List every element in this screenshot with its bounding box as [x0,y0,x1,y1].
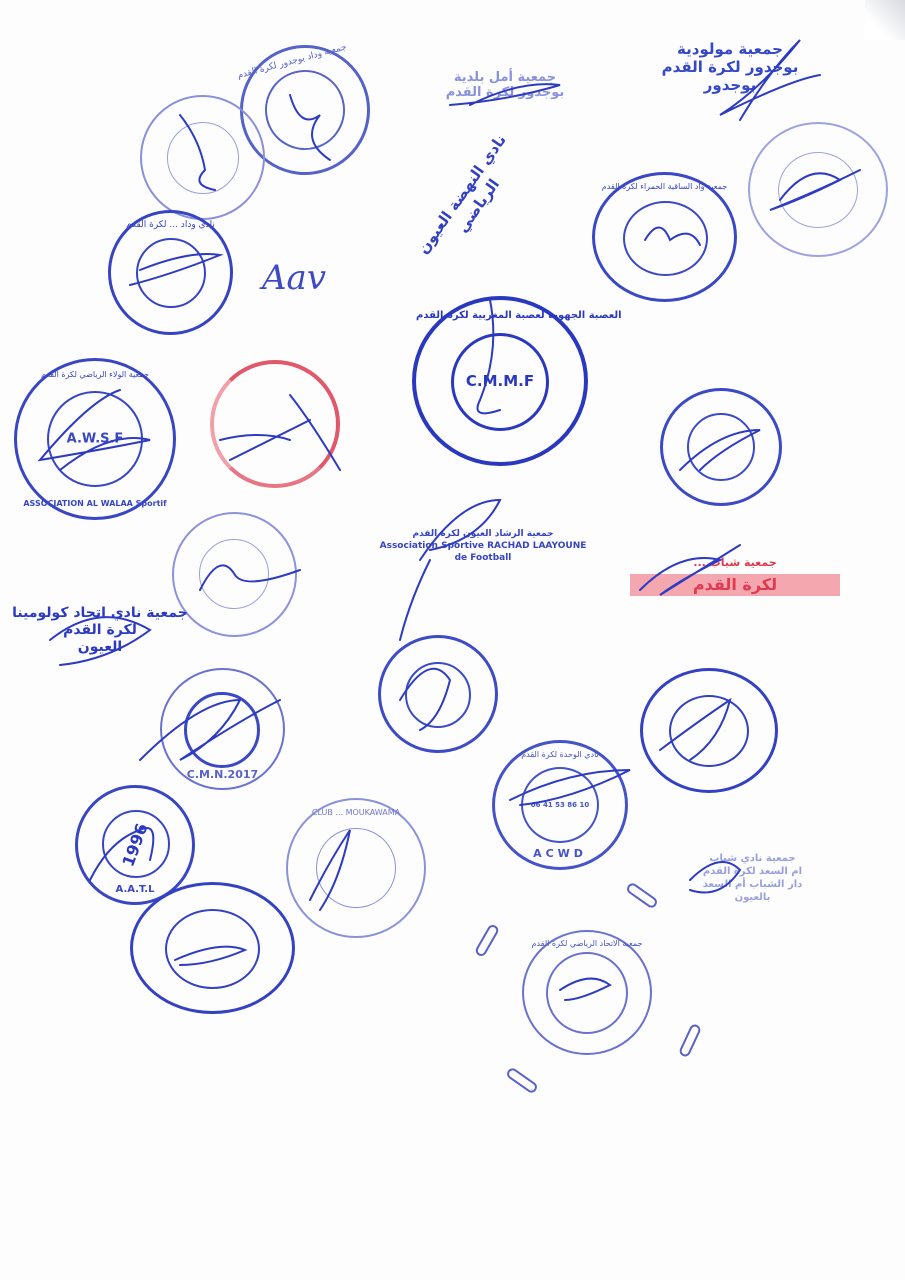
stamp-line: دار الشباب أم السعد [665,878,840,891]
stamp-circle-middle [378,635,498,753]
stamp-circle-bottom-left [130,882,295,1014]
stamp-ring-text: جمعية الولاء الرياضي لكرة القدم [17,370,173,379]
stamp-line: لكرة القدم [0,622,200,639]
text-stamp-mouloudia: جمعية مولودية بوجدور لكرة القدم بوجدور [630,40,830,94]
stamp-line: الرياضي [413,118,544,293]
stamp-ring-text-bottom: ASSOCIATION AL WALAA Sportif [17,499,173,508]
stamp-fragment [678,1023,702,1058]
page-corner-shadow [865,0,905,40]
stamp-fragment [625,881,659,910]
signature-aav: Aav [262,258,326,298]
stamp-ittihad: جمعية الاتحاد الرياضي لكرة القدم [522,930,652,1055]
text-stamp-kolomina: جمعية نادي اتحاد كولومينا لكرة القدم الع… [0,605,200,656]
stamp-ring-text: نادي وداد ... لكرة القدم [111,220,230,230]
stamp-line: بوجدور لكرة القدم [420,85,590,100]
text-stamp-chabab-red: جمعية شباب ... لكرة القدم [630,552,840,596]
stamp-line: بوجدور لكرة القدم [630,58,830,76]
stamp-line: نادي النهضة العيون [396,107,527,282]
stamp-line: de Football [378,552,588,564]
stamp-red-circle [210,360,340,488]
text-stamp-rachad: جمعية الرشاد العيون لكرة القدم Associati… [378,528,588,564]
stamp-awsf: A.W.S.F جمعية الولاء الرياضي لكرة القدم … [14,358,176,520]
stamp-line: بالعيون [665,891,840,904]
stamp-ring-text: جمعية واد الساقية الحمراء لكرة القدم [595,182,734,191]
stamp-club-circle: CLUB ... MOUKAWAMA [286,798,426,938]
stamp-line: العيون [0,639,200,656]
stamp-line: جمعية شباب ... [630,552,840,574]
stamp-line: جمعية أمل بلدية [420,70,590,85]
stamp-wydad-small: نادي وداد ... لكرة القدم [108,210,233,335]
text-stamp-amal: جمعية أمل بلدية بوجدور لكرة القدم [420,70,590,100]
stamp-aatl-1996: 1996 A.A.T.L [75,785,195,905]
stamp-fragment [474,923,501,958]
stamp-line: جمعية الرشاد العيون لكرة القدم [378,528,588,540]
stamp-acwd: 06 41 53 86 10 نادي الوحدة لكرة القدم AC… [492,740,628,870]
stamp-line: بوجدور [630,76,830,94]
stamp-ring-text-bottom: ACWD [495,847,625,860]
stamp-light-circle [140,95,265,220]
stamp-center-text: 06 41 53 86 10 [495,801,625,809]
stamp-ring-text: CLUB ... MOUKAWAMA [288,808,424,817]
stamp-wahda [660,388,782,506]
text-stamp-chabab-umm: جمعية نادي شباب ام السعد لكرة القدم دار … [665,852,840,904]
stamp-line: ام السعد لكرة القدم [665,865,840,878]
stamp-ring-text: جمعية الاتحاد الرياضي لكرة القدم [524,939,650,948]
scanned-document-page: جمعية مولودية بوجدور لكرة القدم بوجدور ج… [0,0,905,1280]
stamp-line: جمعية مولودية [630,40,830,58]
stamp-circle-right [640,668,778,793]
stamp-ring-text: العصبة الجهوية لعصبة المغربية لكرة القدم [416,310,584,321]
text-stamp-nahda: نادي النهضة العيون الرياضي [396,107,543,294]
stamp-ring-text-bottom: C.M.N.2017 [162,768,283,781]
stamp-cmmf: C.M.M.F العصبة الجهوية لعصبة المغربية لك… [412,296,588,466]
stamp-cmn-2017: C.M.N.2017 [160,668,285,790]
stamp-line: جمعية نادي شباب [665,852,840,865]
stamp-ring-text: نادي الوحدة لكرة القدم [495,750,625,759]
stamp-line: جمعية نادي اتحاد كولومينا [0,605,200,622]
stamp-light-circle-right [748,122,888,257]
stamp-center-text: A.W.S.F [17,432,173,447]
stamp-line: Association Sportive RACHAD LAAYOUNE [378,540,588,552]
stamp-center-text: C.M.M.F [416,372,584,390]
stamp-fragment [505,1066,539,1095]
stamp-saqia: جمعية واد الساقية الحمراء لكرة القدم [592,172,737,302]
stamp-line: لكرة القدم [630,574,840,596]
